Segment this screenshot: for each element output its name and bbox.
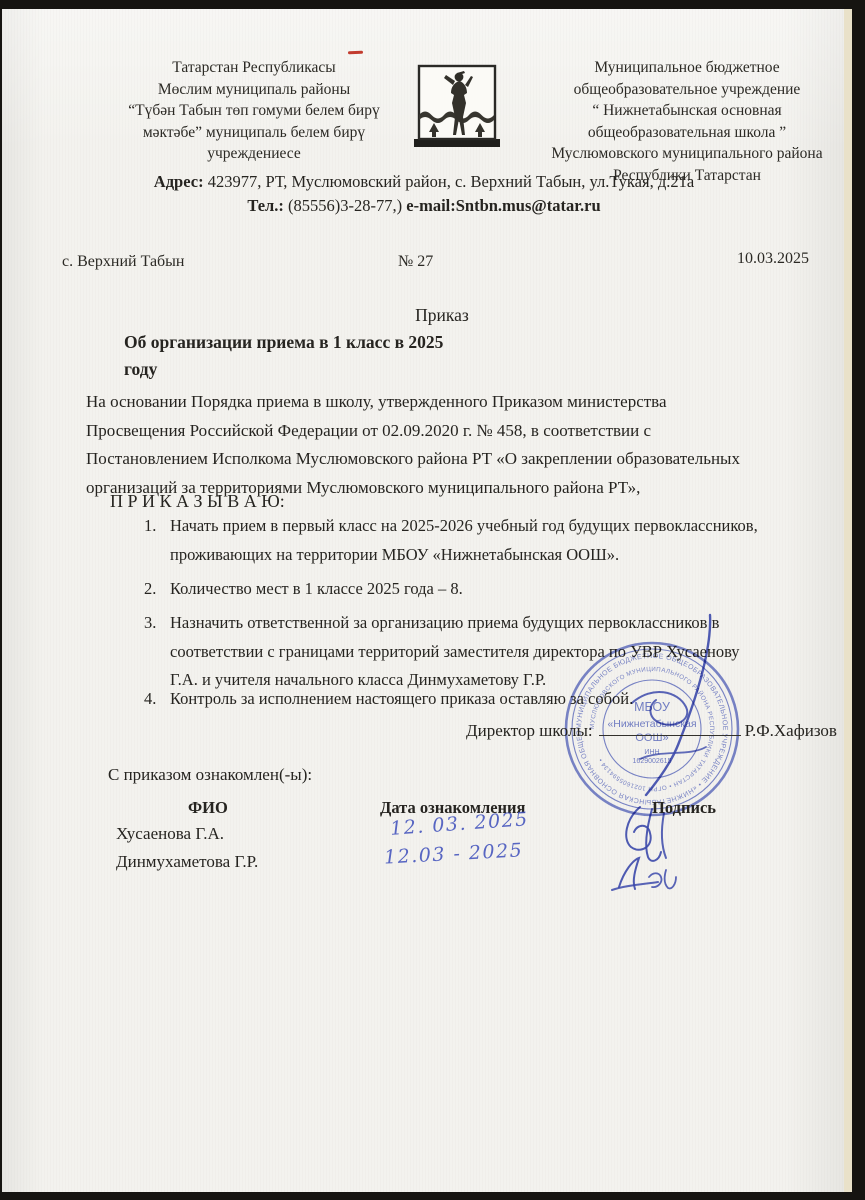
body-line: На основании Порядка приема в школу, утв… [86, 388, 740, 417]
signature-underline [599, 721, 741, 736]
meta-number: № 27 [398, 253, 433, 271]
director-label: Директор школы: [466, 721, 593, 740]
order-item-2: 2.Количество мест в 1 классе 2025 года –… [144, 575, 463, 604]
subject-line: году [124, 356, 443, 383]
director-name: Р.Ф.Хафизов [745, 721, 837, 740]
item-number: 3. [144, 609, 170, 638]
letterhead-line: Татарстан Республикасы [108, 57, 400, 79]
item-line: 2.Количество мест в 1 классе 2025 года –… [144, 575, 463, 604]
acknowledgement-label: С приказом ознакомлен(-ы): [108, 765, 312, 785]
letterhead-line: общеобразовательное учреждение [522, 79, 852, 101]
table-header-fio: ФИО [188, 798, 228, 818]
meta-date: 10.03.2025 [737, 250, 809, 268]
email-value: e-mail:Sntbn.mus@tatar.ru [406, 196, 600, 215]
address-value: 423977, РТ, Муслюмовский район, с. Верхн… [208, 172, 694, 191]
letterhead-line: мәктәбе” муниципаль белем бирү [108, 122, 400, 144]
address-label: Адрес: [154, 172, 204, 191]
red-pen-mark [348, 51, 363, 55]
letterhead-tatar-block: Татарстан Республикасы Мөслим муниципаль… [108, 57, 400, 165]
handwritten-date: 12.03 - 2025 [384, 839, 524, 868]
table-row-name: Хусаенова Г.А. [116, 824, 224, 844]
order-item-1: 1.Начать прием в первый класс на 2025-20… [144, 512, 758, 569]
letterhead-line: учреждениесе [108, 143, 400, 165]
meta-place: с. Верхний Табын [62, 253, 185, 271]
phone-line: Тел.: (85556)3-28-77,) e-mail:Sntbn.mus@… [52, 196, 796, 216]
item-number: 4. [144, 685, 170, 714]
doc-title: Приказ [2, 305, 865, 326]
item-number: 2. [144, 575, 170, 604]
subject-line: Об организации приема в 1 класс в 2025 [124, 329, 443, 356]
coat-of-arms-icon [410, 63, 504, 151]
letterhead-line: “Түбән Табын төп гомуми белем бирү [108, 100, 400, 122]
letterhead-line: Мөслим муниципаль районы [108, 79, 400, 101]
table-row-name: Динмухаметова Г.Р. [116, 852, 258, 872]
letterhead-line: Муниципальное бюджетное [522, 57, 852, 79]
item-number: 1. [144, 512, 170, 541]
item-line: 1.Начать прием в первый класс на 2025-20… [144, 512, 758, 541]
letterhead-line: “ Нижнетабынская основная [522, 100, 852, 122]
director-signature-ink [590, 607, 750, 812]
phone-label: Тел.: [247, 196, 284, 215]
letterhead-line: общеобразовательная школа ” [522, 122, 852, 144]
body-line: Постановлением Исполкома Муслюмовского р… [86, 445, 740, 474]
director-signature-row: Директор школы:Р.Ф.Хафизов [466, 721, 837, 741]
item-line: проживающих на территории МБОУ «Нижнетаб… [144, 541, 758, 570]
scanned-order-page: Татарстан Республикасы Мөслим муниципаль… [0, 0, 865, 1200]
letterhead-line: Муслюмовского муниципального района [522, 143, 852, 165]
doc-subject: Об организации приема в 1 класс в 2025 г… [124, 329, 443, 383]
body-line: Просвещения Российской Федерации от 02.0… [86, 417, 740, 446]
address-line: Адрес: 423977, РТ, Муслюмовский район, с… [52, 172, 796, 192]
paper-sheet: Татарстан Республикасы Мөслим муниципаль… [2, 9, 844, 1192]
phone-value: (85556)3-28-77,) [288, 196, 402, 215]
order-word: П Р И К А З Ы В А Ю: [110, 491, 285, 512]
body-paragraph: На основании Порядка приема в школу, утв… [86, 388, 740, 502]
row-signature-ink [604, 851, 682, 897]
letterhead-russian-block: Муниципальное бюджетное общеобразователь… [522, 57, 852, 186]
scan-edge-strip [843, 9, 852, 1192]
